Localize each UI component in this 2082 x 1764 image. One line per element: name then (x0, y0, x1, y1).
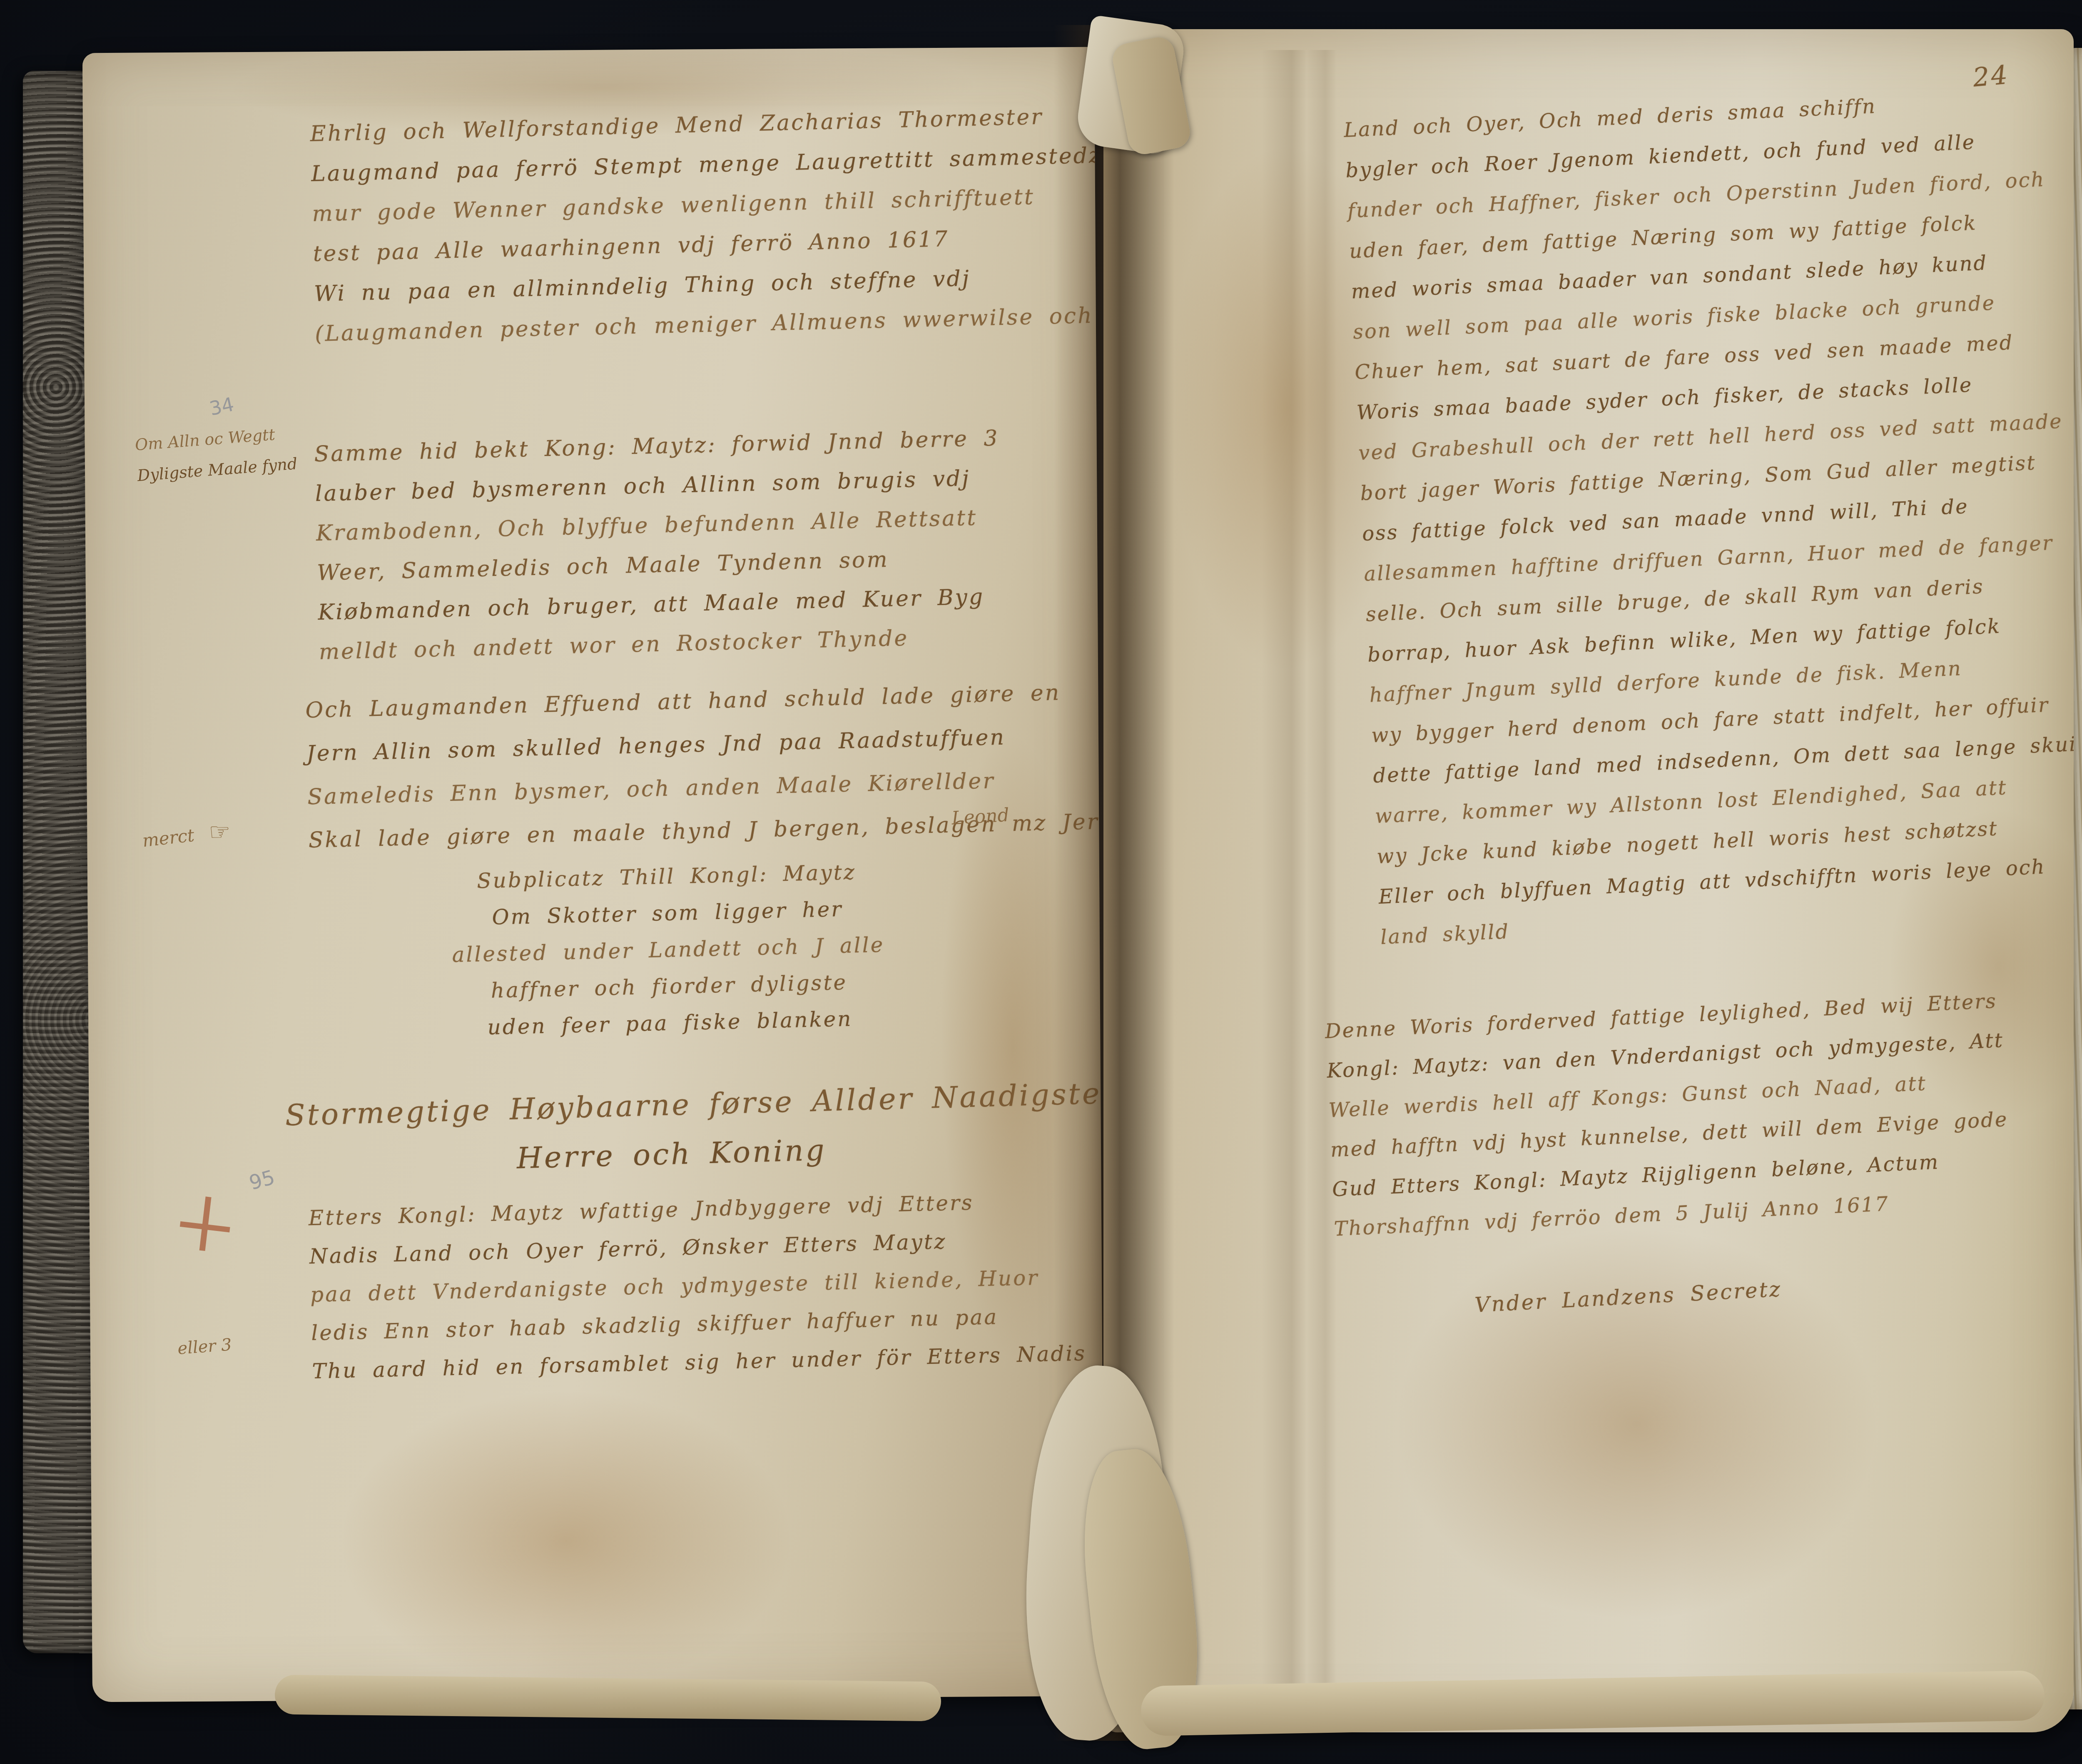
margin-note-weights: Om Alln oc WegttDyligste Maale fynd (134, 418, 298, 491)
margin-note-eller: eller 3 (177, 1335, 232, 1358)
manuscript-paragraph-measures: Samme hid bekt Kong: Maytz: forwid Jnnd … (314, 419, 1004, 672)
photo-background: Ehrlig och Wellforstandige Mend Zacharia… (0, 0, 2082, 1764)
margin-pencil-number: 95 (247, 1166, 277, 1195)
margin-pencil-number: 34 (207, 393, 236, 420)
manuscript-paragraph-smith: Och Laugmanden Effuend att hand schuld l… (305, 670, 1104, 862)
pointing-hand-icon: ☞ (209, 817, 230, 846)
red-chalk-cross-mark (177, 1194, 233, 1253)
page-crease (1262, 50, 1337, 1695)
manuscript-paragraph-petition: Etters Kongl: Maytz wfattige Jndbyggere … (308, 1181, 1087, 1390)
catchword: Leond (951, 805, 1010, 829)
manuscript-paragraph-complaint: Land och Oyer, Och med deris smaa schiff… (1343, 77, 2074, 957)
margin-note-merct: merct (141, 825, 195, 851)
left-page: Ehrlig och Wellforstandige Mend Zacharia… (82, 47, 1104, 1702)
manuscript-paragraph-plea: Denne Woris forderved fattige leylighed,… (1324, 981, 2012, 1249)
right-page: 24 Land och Oyer, Och med deris smaa sch… (1103, 29, 2074, 1732)
bottom-page-edge (275, 1675, 941, 1722)
signature-line: Vnder Landzens Secretz (1474, 1277, 1782, 1317)
petition-title: Subplicatz Thill Kongl: MaytzOm Skotter … (354, 851, 983, 1049)
manuscript-paragraph-intro: Ehrlig och Wellforstandige Mend Zacharia… (310, 95, 1104, 354)
address-heading: Stormegtige Høybaarne førse Allder Naadi… (284, 1070, 1057, 1189)
